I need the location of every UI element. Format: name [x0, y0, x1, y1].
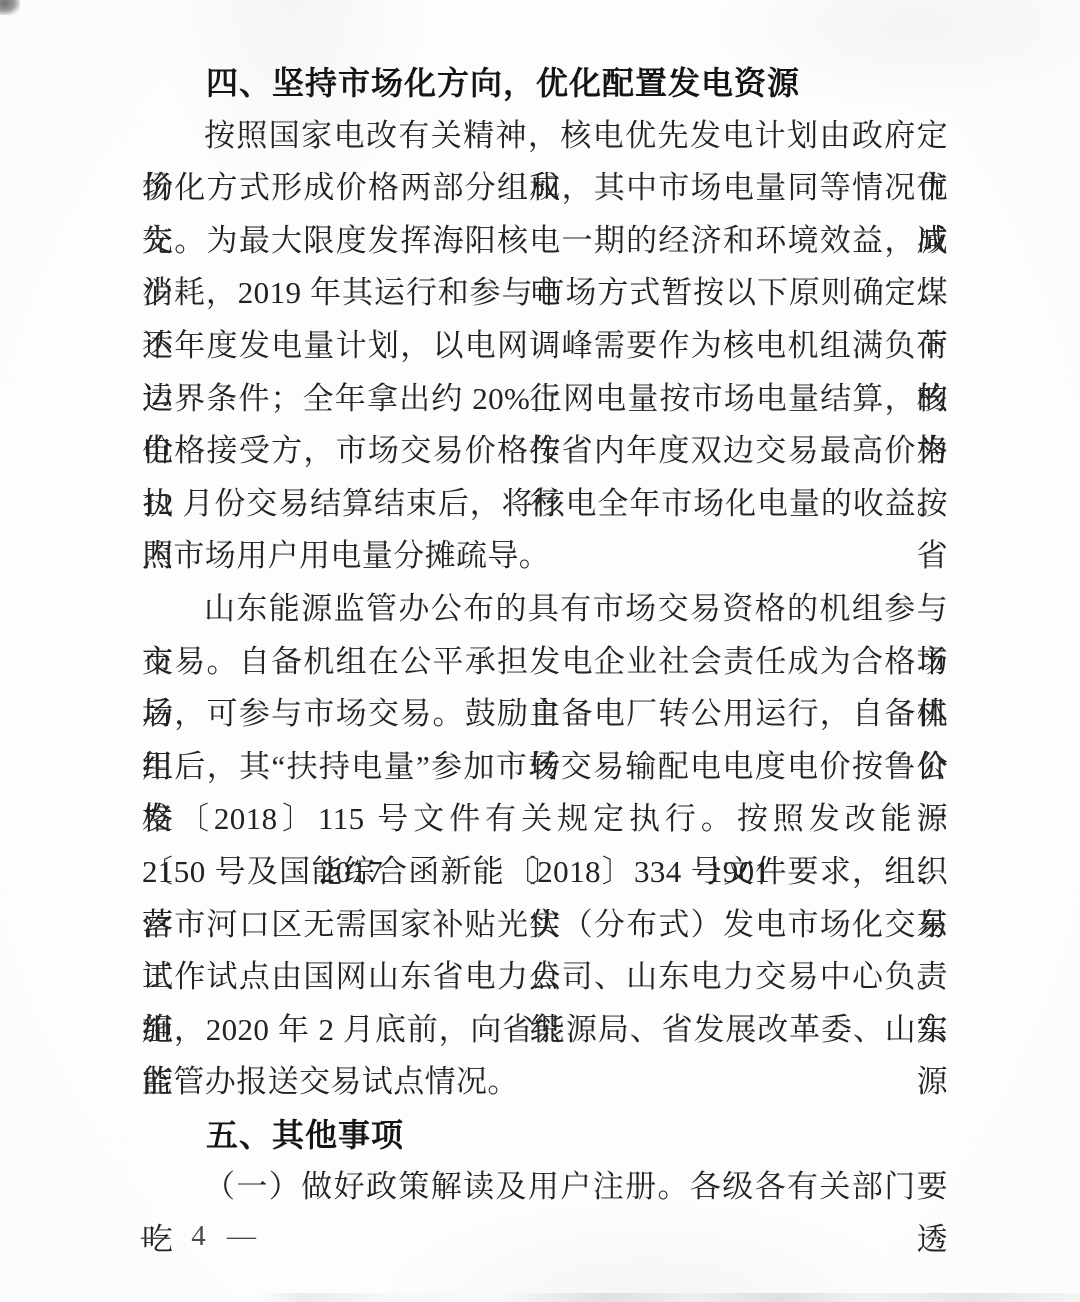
- paragraph1-line: 场化方式形成价格两部分组成，其中市场电量同等情况优先成: [142, 162, 948, 215]
- paragraph2-line: 后，可参与市场交易。鼓励自备电厂转公用运行，自备机组转公: [142, 688, 948, 741]
- paragraph1-line: 达年度发电量计划，以电网调峰需要作为核电机组满负荷运行的: [142, 320, 948, 373]
- scan-smudge-artifact: [0, 0, 20, 15]
- paragraph2-line: 交易。自备机组在公平承担发电企业社会责任成为合格市场主体: [142, 636, 948, 689]
- page-number: — 4 —: [141, 1220, 263, 1253]
- section-heading-5: 五、其他事项: [142, 1109, 948, 1162]
- paragraph2-line: 营市河口区无需国家补贴光伏（分布式）发电市场化交易试点。: [142, 899, 948, 952]
- paragraph2-line: 用后，其“扶持电量”参加市场交易输配电电度电价按鲁价格一: [142, 741, 948, 794]
- paragraph2-line: 工作试点由国网山东省电力公司、山东电力交易中心负责组织实: [142, 951, 948, 1004]
- paragraph1-line: 边界条件；全年拿出约 20%上网电量按市场电量结算，核电作为: [142, 373, 948, 426]
- scan-edge-artifact: [0, 1293, 1080, 1302]
- document-page: 四、坚持市场化方向，优化配置发电资源 按照国家电改有关精神，核电优先发电计划由政…: [0, 0, 1080, 1302]
- paragraph1-line: 交。为最大限度发挥海阳核电一期的经济和环境效益，减少电煤: [142, 215, 948, 268]
- document-body: 四、坚持市场化方向，优化配置发电资源 按照国家电改有关精神，核电优先发电计划由政…: [142, 57, 948, 1214]
- paragraph1-line: 12 月份交易结算结束后，将核电全年市场化电量的收益按照省: [142, 478, 948, 531]
- paragraph2-line: 施，2020 年 2 月底前，向省能源局、省发展改革委、山东能源: [142, 1004, 948, 1057]
- paragraph2-line: 2150 号及国能综合函新能〔2018〕334 号文件要求，组织落实东: [142, 846, 948, 899]
- paragraph2-line: 发〔2018〕115 号文件有关规定执行。按照发改能源〔2017〕1901、: [142, 793, 948, 846]
- paragraph1-line: 按照国家电改有关精神，核电优先发电计划由政府定价和市: [142, 110, 948, 163]
- paragraph2-line: 山东能源监管办公布的具有市场交易资格的机组参与市场: [142, 583, 948, 636]
- paragraph1-line: 价格接受方，市场交易价格按省内年度双边交易最高价格执行。: [142, 425, 948, 478]
- paragraph3-line: （一）做好政策解读及用户注册。各级各有关部门要吃透: [142, 1161, 948, 1214]
- paragraph1-line: 消耗，2019 年其运行和参与市场方式暂按以下原则确定：不下: [142, 267, 948, 320]
- section-heading-4: 四、坚持市场化方向，优化配置发电资源: [142, 57, 948, 110]
